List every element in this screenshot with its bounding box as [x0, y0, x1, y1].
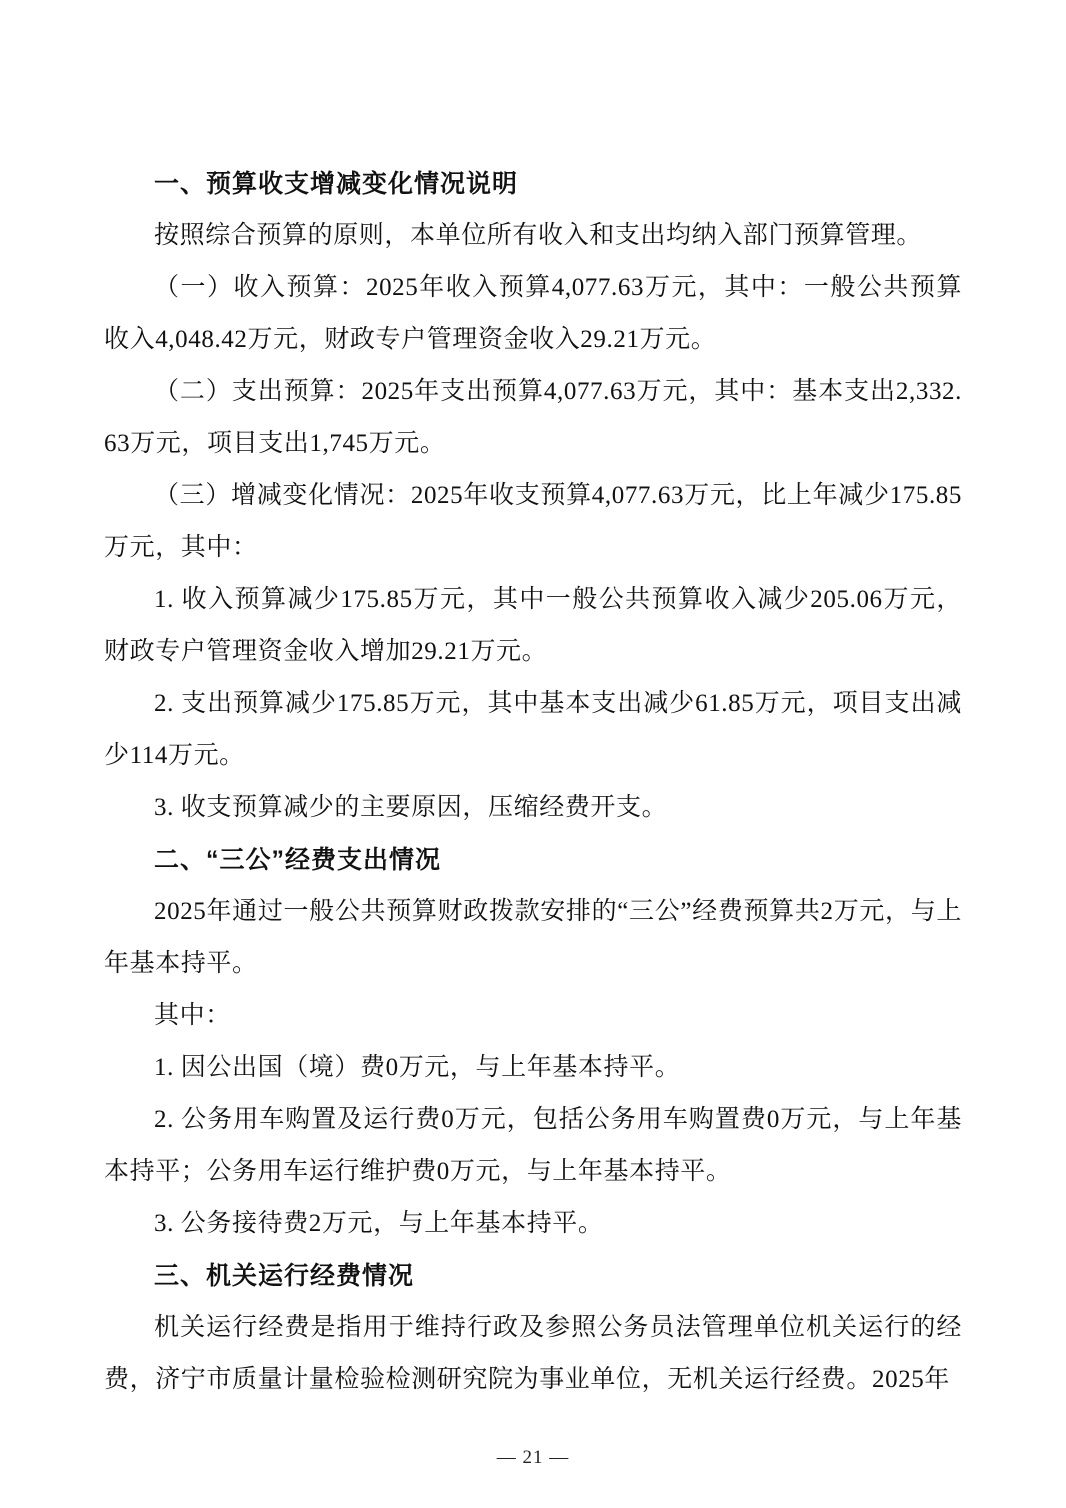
section-heading-budget-changes: 一、预算收支增减变化情况说明	[104, 158, 962, 210]
page-number-footer: — 21 —	[0, 1444, 1066, 1472]
para-change-situation: （三）增减变化情况：2025年收支预算4,077.63万元，比上年减少175.8…	[104, 470, 962, 574]
para-income-decrease: 1. 收入预算减少175.85万元，其中一般公共预算收入减少205.06万元，财…	[104, 574, 962, 678]
para-operating-funds-description: 机关运行经费是指用于维持行政及参照公务员法管理单位机关运行的经费，济宁市质量计量…	[104, 1302, 962, 1406]
para-official-vehicle-fee: 2. 公务用车购置及运行费0万元，包括公务用车购置费0万元，与上年基本持平；公务…	[104, 1094, 962, 1198]
para-expenditure-decrease: 2. 支出预算减少175.85万元，其中基本支出减少61.85万元，项目支出减少…	[104, 678, 962, 782]
para-decrease-reason: 3. 收支预算减少的主要原因，压缩经费开支。	[104, 782, 962, 834]
section-heading-operating-funds: 三、机关运行经费情况	[104, 1250, 962, 1302]
para-comprehensive-budget-principle: 按照综合预算的原则，本单位所有收入和支出均纳入部门预算管理。	[104, 210, 962, 262]
para-income-budget: （一）收入预算：2025年收入预算4,077.63万元，其中：一般公共预算收入4…	[104, 262, 962, 366]
para-expenditure-budget: （二）支出预算：2025年支出预算4,077.63万元，其中：基本支出2,332…	[104, 366, 962, 470]
para-among-which: 其中：	[104, 990, 962, 1042]
document-page: 一、预算收支增减变化情况说明 按照综合预算的原则，本单位所有收入和支出均纳入部门…	[0, 0, 1066, 1508]
section-heading-three-public-funds: 二、“三公”经费支出情况	[104, 834, 962, 886]
para-abroad-fee: 1. 因公出国（境）费0万元，与上年基本持平。	[104, 1042, 962, 1094]
para-reception-fee: 3. 公务接待费2万元，与上年基本持平。	[104, 1198, 962, 1250]
document-body: 一、预算收支增减变化情况说明 按照综合预算的原则，本单位所有收入和支出均纳入部门…	[104, 158, 962, 1406]
para-three-public-overview: 2025年通过一般公共预算财政拨款安排的“三公”经费预算共2万元，与上年基本持平…	[104, 886, 962, 990]
